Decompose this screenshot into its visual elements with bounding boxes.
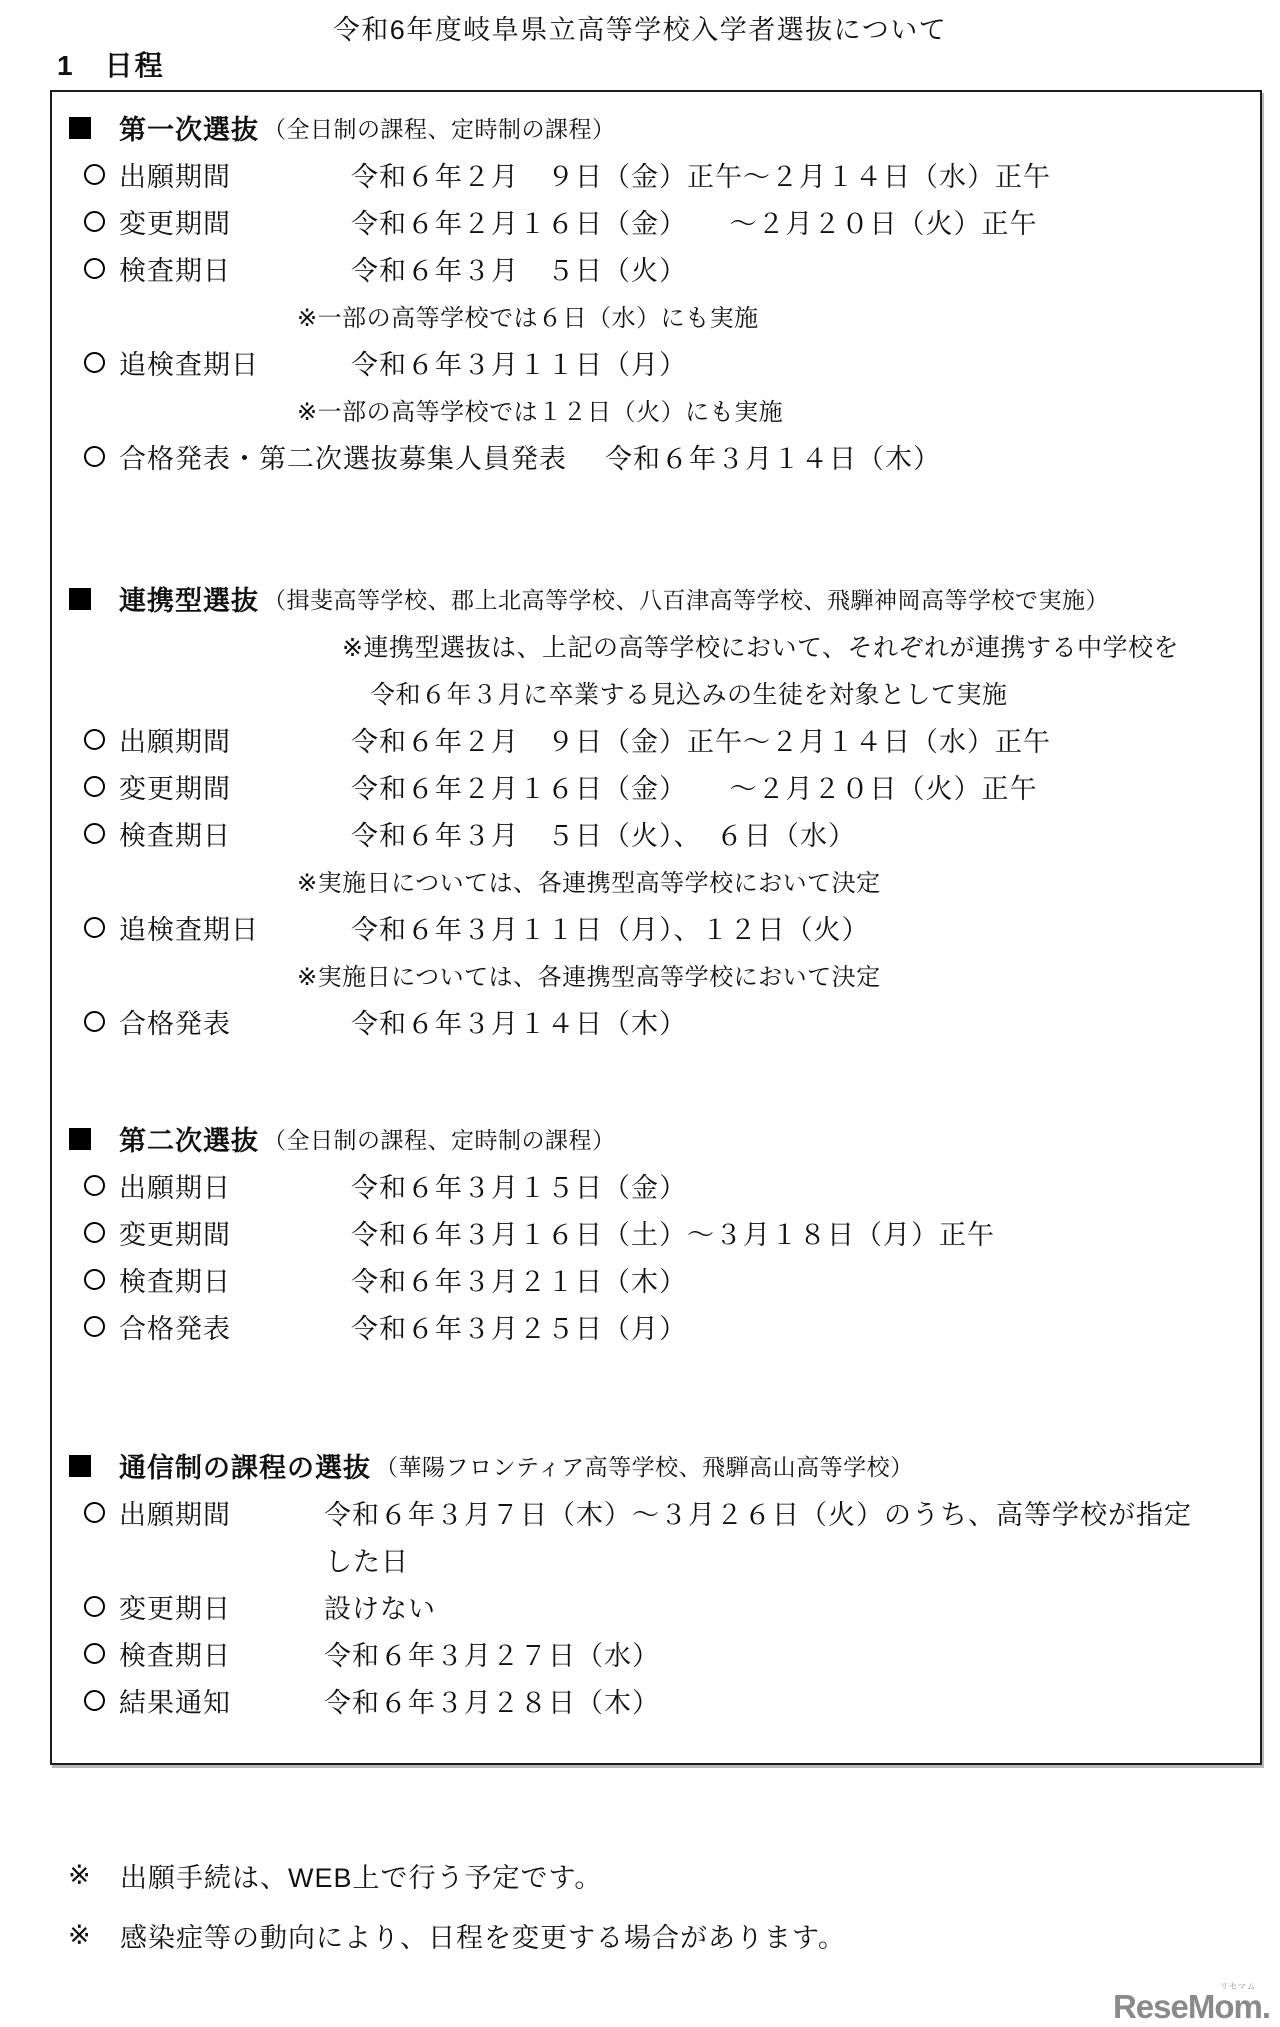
note-text: ※実施日については、各連携型高等学校において決定 bbox=[52, 857, 1260, 904]
section-cooperative-selection: 連携型選抜 （揖斐高等学校、郡上北高等学校、八百津高等学校、飛騨神岡高等学校で実… bbox=[52, 575, 1260, 1045]
row-value: 令和６年２月 ９日（金）正午～２月１４日（水）正午 bbox=[351, 155, 1051, 194]
schedule-row: 合格発表 令和６年３月１４日（木） bbox=[52, 998, 1260, 1045]
section-qualifier: （華陽フロンティア高等学校、飛騨高山高等学校） bbox=[371, 1449, 914, 1482]
row-value: 令和６年３月１４日（木） bbox=[351, 1002, 687, 1041]
circle-bullet-icon bbox=[84, 1316, 105, 1337]
row-label: 出願期間 bbox=[119, 720, 351, 759]
row-label: 検査期日 bbox=[119, 814, 351, 853]
schedule-row: 合格発表・第二次選抜募集人員発表 令和６年３月１４日（木） bbox=[52, 433, 1260, 480]
note-text: ※一部の高等学校では１２日（火）にも実施 bbox=[52, 386, 1260, 433]
schedule-row: 検査期日 令和６年３月２１日（木） bbox=[52, 1256, 1260, 1303]
row-label: 変更期間 bbox=[119, 767, 351, 806]
row-label: 結果通知 bbox=[119, 1681, 324, 1720]
section-name: 第一次選抜 bbox=[119, 108, 259, 147]
circle-bullet-icon bbox=[84, 446, 105, 467]
row-label: 出願期間 bbox=[119, 1493, 324, 1532]
footnote: ※ 出願手続は、WEB上で行う予定です。 bbox=[68, 1856, 602, 1895]
filled-square-icon bbox=[69, 1455, 91, 1477]
section-qualifier: （全日制の課程、定時制の課程） bbox=[259, 1122, 616, 1155]
circle-bullet-icon bbox=[84, 1690, 105, 1711]
schedule-row: 変更期間 令和６年２月１６日（金） ～２月２０日（火）正午 bbox=[52, 763, 1260, 810]
row-label: 変更期日 bbox=[119, 1587, 324, 1626]
row-label: 追検査期日 bbox=[119, 908, 351, 947]
row-label: 出願期日 bbox=[119, 1166, 351, 1205]
footnote-marker: ※ bbox=[68, 1920, 120, 1951]
footnote-marker: ※ bbox=[68, 1860, 120, 1891]
row-label: 合格発表 bbox=[119, 1307, 351, 1346]
row-label: 合格発表・第二次選抜募集人員発表 bbox=[119, 437, 567, 476]
section-correspondence-selection: 通信制の課程の選抜 （華陽フロンティア高等学校、飛騨高山高等学校） 出願期間 令… bbox=[52, 1442, 1260, 1724]
section-header: 第二次選抜 （全日制の課程、定時制の課程） bbox=[52, 1115, 1260, 1162]
row-value: 令和６年３月１４日（木） bbox=[605, 437, 941, 476]
circle-bullet-icon bbox=[84, 729, 105, 750]
row-label: 合格発表 bbox=[119, 1002, 351, 1041]
circle-bullet-icon bbox=[84, 1643, 105, 1664]
section-first-selection: 第一次選抜 （全日制の課程、定時制の課程） 出願期間 令和６年２月 ９日（金）正… bbox=[52, 104, 1260, 480]
row-value: 令和６年２月 ９日（金）正午～２月１４日（水）正午 bbox=[351, 720, 1051, 759]
watermark-text: ReseMom. bbox=[1113, 1988, 1270, 2025]
circle-bullet-icon bbox=[84, 1596, 105, 1617]
row-value: 令和６年３月２１日（木） bbox=[351, 1260, 687, 1299]
row-value: 令和６年２月１６日（金） ～２月２０日（火）正午 bbox=[351, 202, 1038, 241]
circle-bullet-icon bbox=[84, 1011, 105, 1032]
schedule-row: 出願期間 令和６年２月 ９日（金）正午～２月１４日（水）正午 bbox=[52, 716, 1260, 763]
heading-number: 1 bbox=[57, 50, 75, 82]
schedule-box: 第一次選抜 （全日制の課程、定時制の課程） 出願期間 令和６年２月 ９日（金）正… bbox=[50, 90, 1262, 1765]
circle-bullet-icon bbox=[84, 917, 105, 938]
row-value: 令和６年３月 ５日（火）、 ６日（水） bbox=[351, 814, 856, 853]
circle-bullet-icon bbox=[84, 211, 105, 232]
section-name: 通信制の課程の選抜 bbox=[119, 1446, 371, 1485]
filled-square-icon bbox=[69, 117, 91, 139]
row-label: 出願期間 bbox=[119, 155, 351, 194]
schedule-row: 変更期日 設けない bbox=[52, 1583, 1260, 1630]
note-text: ※連携型選抜は、上記の高等学校において、それぞれが連携する中学校を bbox=[52, 622, 1260, 669]
schedule-row: 変更期間 令和６年３月１６日（土）～３月１８日（月）正午 bbox=[52, 1209, 1260, 1256]
section-name: 連携型選抜 bbox=[119, 579, 259, 618]
schedule-row: 検査期日 令和６年３月２７日（水） bbox=[52, 1630, 1260, 1677]
circle-bullet-icon bbox=[84, 352, 105, 373]
circle-bullet-icon bbox=[84, 1269, 105, 1290]
row-value: 令和６年３月 ５日（火） bbox=[351, 249, 687, 288]
circle-bullet-icon bbox=[84, 776, 105, 797]
schedule-row: 追検査期日 令和６年３月１１日（月）、１２日（火） bbox=[52, 904, 1260, 951]
row-value: 令和６年３月２７日（水） bbox=[324, 1634, 660, 1673]
section-qualifier: （揖斐高等学校、郡上北高等学校、八百津高等学校、飛騨神岡高等学校で実施） bbox=[259, 582, 1109, 615]
row-value: 令和６年３月１６日（土）～３月１８日（月）正午 bbox=[351, 1213, 995, 1252]
row-label: 追検査期日 bbox=[119, 343, 351, 382]
row-value: 令和６年３月１５日（金） bbox=[351, 1166, 687, 1205]
row-label: 検査期日 bbox=[119, 249, 351, 288]
row-value: 令和６年３月２８日（木） bbox=[324, 1681, 660, 1720]
schedule-row: 合格発表 令和６年３月２５日（月） bbox=[52, 1303, 1260, 1350]
row-label: 検査期日 bbox=[119, 1260, 351, 1299]
note-text: 令和６年３月に卒業する見込みの生徒を対象として実施 bbox=[52, 669, 1260, 716]
row-label: 変更期間 bbox=[119, 202, 351, 241]
row-value: 令和６年２月１６日（金） ～２月２０日（火）正午 bbox=[351, 767, 1038, 806]
circle-bullet-icon bbox=[84, 1222, 105, 1243]
section-heading: 1 日程 bbox=[57, 44, 165, 84]
filled-square-icon bbox=[69, 1128, 91, 1150]
schedule-row: 出願期日 令和６年３月１５日（金） bbox=[52, 1162, 1260, 1209]
footnote: ※ 感染症等の動向により、日程を変更する場合があります。 bbox=[68, 1916, 846, 1955]
circle-bullet-icon bbox=[84, 823, 105, 844]
note-text: ※実施日については、各連携型高等学校において決定 bbox=[52, 951, 1260, 998]
row-value: 令和６年３月１１日（月）、１２日（火） bbox=[351, 908, 870, 947]
row-value: 設けない bbox=[324, 1587, 436, 1626]
circle-bullet-icon bbox=[84, 258, 105, 279]
row-value: 令和６年３月７日（木）～３月２６日（火）のうち、高等学校が指定 bbox=[324, 1493, 1192, 1532]
schedule-row: 検査期日 令和６年３月 ５日（火）、 ６日（水） bbox=[52, 810, 1260, 857]
schedule-row: 追検査期日 令和６年３月１１日（月） bbox=[52, 339, 1260, 386]
resemom-watermark-logo: リセマム ReseMom. bbox=[1113, 1990, 1270, 2023]
footnote-text: 感染症等の動向により、日程を変更する場合があります。 bbox=[120, 1916, 846, 1955]
circle-bullet-icon bbox=[84, 1175, 105, 1196]
section-qualifier: （全日制の課程、定時制の課程） bbox=[259, 111, 616, 144]
heading-label: 日程 bbox=[105, 44, 165, 84]
filled-square-icon bbox=[69, 588, 91, 610]
schedule-row: 変更期間 令和６年２月１６日（金） ～２月２０日（火）正午 bbox=[52, 198, 1260, 245]
section-name: 第二次選抜 bbox=[119, 1119, 259, 1158]
row-value: 令和６年３月２５日（月） bbox=[351, 1307, 687, 1346]
row-value-continuation: した日 bbox=[52, 1536, 1260, 1583]
circle-bullet-icon bbox=[84, 164, 105, 185]
section-header: 第一次選抜 （全日制の課程、定時制の課程） bbox=[52, 104, 1260, 151]
schedule-row: 結果通知 令和６年３月２８日（木） bbox=[52, 1677, 1260, 1724]
row-label: 検査期日 bbox=[119, 1634, 324, 1673]
row-label: 変更期間 bbox=[119, 1213, 351, 1252]
document-page: 令和6年度岐阜県立高等学校入学者選抜について 1 日程 第一次選抜 （全日制の課… bbox=[0, 0, 1280, 2027]
page-title: 令和6年度岐阜県立高等学校入学者選抜について bbox=[0, 8, 1280, 47]
circle-bullet-icon bbox=[84, 1502, 105, 1523]
note-text: ※一部の高等学校では６日（水）にも実施 bbox=[52, 292, 1260, 339]
schedule-row: 出願期間 令和６年２月 ９日（金）正午～２月１４日（水）正午 bbox=[52, 151, 1260, 198]
schedule-row: 出願期間 令和６年３月７日（木）～３月２６日（火）のうち、高等学校が指定 bbox=[52, 1489, 1260, 1536]
schedule-row: 検査期日 令和６年３月 ５日（火） bbox=[52, 245, 1260, 292]
footnote-text: 出願手続は、WEB上で行う予定です。 bbox=[120, 1856, 602, 1895]
section-second-selection: 第二次選抜 （全日制の課程、定時制の課程） 出願期日 令和６年３月１５日（金） … bbox=[52, 1115, 1260, 1350]
section-header: 連携型選抜 （揖斐高等学校、郡上北高等学校、八百津高等学校、飛騨神岡高等学校で実… bbox=[52, 575, 1260, 622]
watermark-ruby-text: リセマム bbox=[1220, 1983, 1256, 1991]
section-header: 通信制の課程の選抜 （華陽フロンティア高等学校、飛騨高山高等学校） bbox=[52, 1442, 1260, 1489]
row-value: 令和６年３月１１日（月） bbox=[351, 343, 687, 382]
